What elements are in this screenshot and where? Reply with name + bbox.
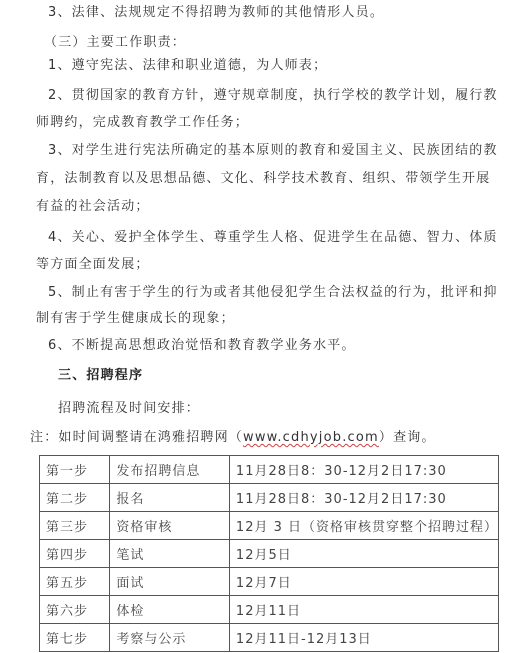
duty-item-3-line-1: 3、对学生进行宪法所确定的基本原则的教育和爱国主义、民族团结的教: [48, 143, 498, 159]
duty-item-3-line-2: 育，法制教育以及思想品德、文化、科学技术教育、组织、带领学生开展: [36, 171, 490, 187]
step-cell: 第六步: [40, 596, 110, 624]
step-cell: 第一步: [40, 456, 110, 484]
duty-item-5-line-1: 5、制止有害于学生的行为或者其他侵犯学生合法权益的行为，批评和抑: [48, 285, 498, 301]
item-cell: 资格审核: [110, 512, 230, 540]
step-cell: 第二步: [40, 484, 110, 512]
item-cell: 考察与公示: [110, 624, 230, 652]
note-prefix: 注：如时间调整请在鸿雅招聘网（: [30, 430, 243, 445]
note-url-link[interactable]: www.cdhyjob.com: [243, 430, 379, 445]
procedure-note: 注：如时间调整请在鸿雅招聘网（www.cdhyjob.com）查询。: [30, 430, 436, 446]
table-row: 第二步 报名 11月28日8：30-12月2日17:30: [40, 484, 499, 512]
table-row: 第七步 考察与公示 12月11日-12月13日: [40, 624, 499, 652]
duty-item-4-line-1: 4、关心、爱护全体学生、尊重学生人格、促进学生在品德、智力、体质: [48, 230, 498, 246]
duty-item-5-line-2: 制有害于学生健康成长的现象；: [36, 311, 235, 327]
duty-item-2-line-2: 师聘约，完成教育教学工作任务；: [36, 115, 249, 131]
duty-item-2-line-1: 2、贯彻国家的教育方针，遵守规章制度，执行学校的教学计划，履行教: [48, 88, 498, 104]
time-cell: 12月 3 日（资格审核贯穿整个招聘过程）: [229, 512, 498, 540]
table-row: 第四步 笔试 12月5日: [40, 540, 499, 568]
item-cell: 发布招聘信息: [110, 456, 230, 484]
recruitment-schedule-table: 第一步 发布招聘信息 11月28日8：30-12月2日17:30 第二步 报名 …: [39, 455, 499, 652]
procedure-intro: 招聘流程及时间安排：: [58, 401, 200, 417]
time-cell: 11月28日8：30-12月2日17:30: [229, 456, 498, 484]
table-row: 第一步 发布招聘信息 11月28日8：30-12月2日17:30: [40, 456, 499, 484]
time-cell: 12月7日: [229, 568, 498, 596]
qualification-item-3: 3、法律、法规规定不得招聘为教师的其他情形人员。: [48, 5, 384, 21]
time-cell: 12月5日: [229, 540, 498, 568]
step-cell: 第三步: [40, 512, 110, 540]
duties-heading: （三）主要工作职责：: [44, 35, 186, 51]
item-cell: 报名: [110, 484, 230, 512]
step-cell: 第七步: [40, 624, 110, 652]
time-cell: 11月28日8：30-12月2日17:30: [229, 484, 498, 512]
duty-item-3-line-3: 有益的社会活动；: [36, 199, 150, 215]
table-row: 第三步 资格审核 12月 3 日（资格审核贯穿整个招聘过程）: [40, 512, 499, 540]
time-cell: 12月11日: [229, 596, 498, 624]
step-cell: 第五步: [40, 568, 110, 596]
item-cell: 体检: [110, 596, 230, 624]
duty-item-4-line-2: 等方面全面发展；: [36, 257, 150, 273]
table-row: 第五步 面试 12月7日: [40, 568, 499, 596]
time-cell: 12月11日-12月13日: [229, 624, 498, 652]
procedure-heading: 三、招聘程序: [58, 368, 143, 384]
item-cell: 面试: [110, 568, 230, 596]
duty-item-1: 1、遵守宪法、法律和职业道德，为人师表；: [48, 58, 327, 74]
note-suffix: ）查询。: [379, 430, 436, 445]
item-cell: 笔试: [110, 540, 230, 568]
table-row: 第六步 体检 12月11日: [40, 596, 499, 624]
step-cell: 第四步: [40, 540, 110, 568]
duty-item-6: 6、不断提高思想政治觉悟和教育教学业务水平。: [48, 338, 356, 354]
